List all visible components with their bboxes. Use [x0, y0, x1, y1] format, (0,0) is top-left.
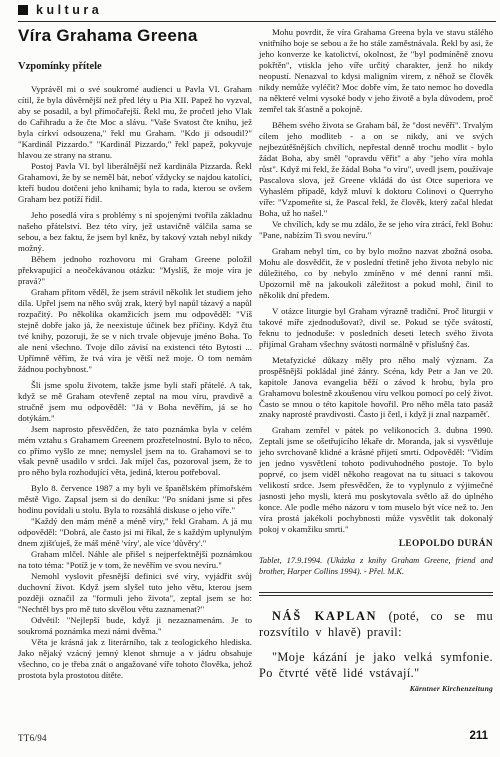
body-paragraph: V otázce liturgie byl Graham výrazně tra… [259, 306, 493, 350]
body-paragraph: Graham zemřel v pátek po velikonocích 3.… [259, 425, 493, 535]
body-paragraph: Ve chvílích, kdy se mu zdálo, že se jeho… [259, 219, 493, 241]
source-note: Tablet, 17.9.1994. (Ukázka z knihy Graha… [259, 556, 493, 578]
body-paragraph: Jeho posedlá víra s problémy s ní spojen… [18, 210, 252, 254]
byline: LEOPOLDO DURÁN [259, 539, 493, 551]
section-label: kultura [36, 3, 102, 17]
pull-quote-lead: NÁŠ KAPLAN (poté, co se mu rozsvítilo v … [259, 608, 493, 640]
right-column: Mohu povrdit, že víra Grahama Greena byl… [259, 27, 493, 693]
article-title: Víra Grahama Greena [18, 26, 198, 46]
body-paragraph: Během jednoho rozhovoru mi Graham Greene… [18, 254, 252, 287]
body-paragraph: Nemohl vyslovit přesnější definici své v… [18, 571, 252, 615]
black-square-icon [18, 5, 28, 15]
footer-issue-label: TT6/94 [18, 733, 47, 743]
body-paragraph: Vyprávěl mi o své soukromé audienci u Pa… [18, 84, 252, 161]
pull-quote-text: "Moje kázání je jako velká symfonie. Po … [259, 649, 493, 681]
pull-quote-box: NÁŠ KAPLAN (poté, co se mu rozsvítilo v … [259, 608, 493, 693]
body-paragraph: Jsem naprosto přesvědčen, že tato poznám… [18, 424, 252, 479]
article-subtitle: Vzpomínky přítele [18, 61, 102, 72]
body-paragraph: Odvětil: "Nejlepší bude, když ji nezazna… [18, 615, 252, 637]
body-paragraph: Šli jsme spolu životem, takže jsme byli … [18, 380, 252, 424]
body-paragraph: Metafyzické důkazy měly pro něho malý vý… [259, 355, 493, 421]
pull-quote-lead-bold: NÁŠ KAPLAN [272, 609, 377, 623]
magazine-page: kultura Víra Grahama Greena Vzpomínky př… [0, 0, 500, 757]
body-paragraph: Graham přitom věděl, že jsem strávil něk… [18, 287, 252, 375]
section-header: kultura [18, 3, 496, 22]
body-paragraph: Graham nebyl tím, co by bylo možno nazva… [259, 246, 493, 301]
body-paragraph: Během svého života se Graham bál, že "do… [259, 120, 493, 219]
body-paragraph: Mohu povrdit, že víra Grahama Greena byl… [259, 27, 493, 115]
pull-quote-attribution: Kärntner Kirchenzeitung [259, 684, 493, 693]
body-paragraph: Věta je krásná jak z literárního, tak z … [18, 637, 252, 681]
body-paragraph: Bylo 8. července 1987 a my byli ve španě… [18, 483, 252, 516]
double-rule-divider [259, 592, 493, 596]
footer-page-number: 211 [469, 730, 488, 742]
body-paragraph: Postoj Pavla VI. byl liberálnější než ka… [18, 161, 252, 205]
body-paragraph: "Každý den mám méně a méně víry," řekl G… [18, 516, 252, 549]
left-column: Vyprávěl mi o své soukromé audienci u Pa… [18, 84, 252, 681]
body-paragraph: Graham mlčel. Náhle ale přišel s nejperf… [18, 549, 252, 571]
